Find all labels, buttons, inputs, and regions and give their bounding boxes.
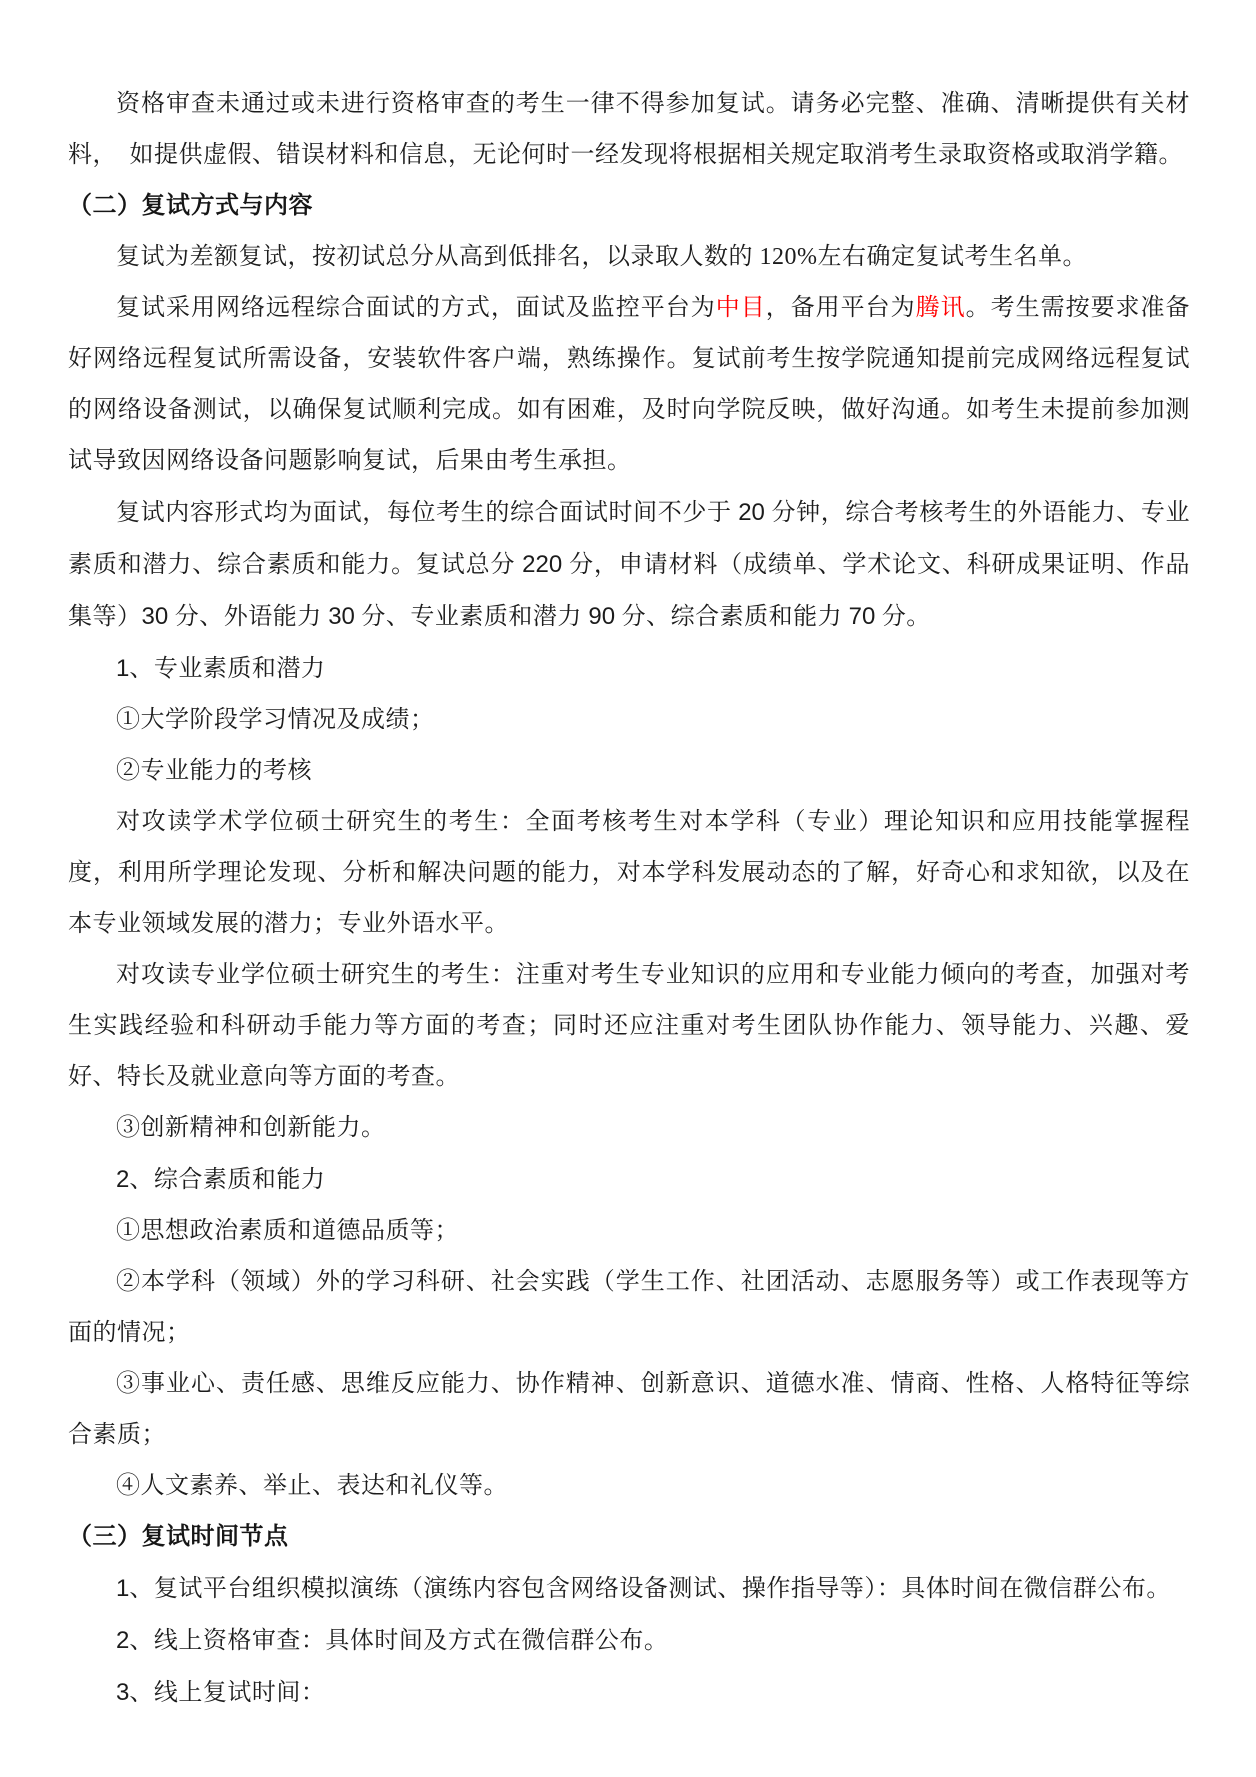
text-run: ④人文素养、举止、表达和礼仪等。 [116, 1473, 508, 1499]
text-run: （三）复试时间节点 [68, 1524, 289, 1550]
text-run: ②专业能力的考核 [116, 758, 312, 784]
text-run: 对攻读学术学位硕士研究生的考生：全面考核考生对本学科（专业）理论知识和应用技能掌… [68, 809, 1190, 937]
list-item-mock-drill: 1、复试平台组织模拟演练（演练内容包含网络设备测试、操作指导等）：具体时间在微信… [68, 1563, 1190, 1615]
text-run: 。考生需按要求准备好网络远程复试所需设备，安装软件客户端，熟练操作。复试前考生按… [68, 295, 1190, 474]
list-item-university-study: ①大学阶段学习情况及成绩； [68, 695, 1190, 746]
item-number: 2 [116, 1166, 129, 1193]
para-professional-degree-candidates: 对攻读专业学位硕士研究生的考生：注重对考生专业知识的应用和专业能力倾向的考查，加… [68, 950, 1190, 1103]
text-run: ②本学科（领域）外的学习科研、社会实践（学生工作、社团活动、志愿服务等）或工作表… [68, 1269, 1190, 1346]
text-run: 、专业素质和潜力 [129, 656, 325, 682]
document-page: 资格审查未通过或未进行资格审查的考生一律不得参加复试。请务必完整、准确、清晰提供… [0, 0, 1256, 1777]
list-item-personality-traits: ③事业心、责任感、思维反应能力、协作精神、创新意识、道德水准、情商、性格、人格特… [68, 1359, 1190, 1461]
text-run: 复试内容形式均为面试，每位考生的综合面试时间不少于 [116, 500, 738, 526]
para-differential-retest: 复试为差额复试，按初试总分从高到低排名，以录取人数的 120%左右确定复试考生名… [68, 232, 1190, 283]
para-interview-scores: 复试内容形式均为面试，每位考生的综合面试时间不少于 20 分钟，综合考核考生的外… [68, 487, 1190, 643]
text-run: 、复试平台组织模拟演练（演练内容包含网络设备测试、操作指导等）：具体时间在微信群… [129, 1576, 1171, 1602]
list-item-professional-ability: ②专业能力的考核 [68, 746, 1190, 797]
text-run: ③事业心、责任感、思维反应能力、协作精神、创新意识、道德水准、情商、性格、人格特… [68, 1371, 1190, 1448]
text-run: 分、专业素质和潜力 [355, 604, 589, 630]
para-remote-platform: 复试采用网络远程综合面试的方式，面试及监控平台为中目，备用平台为腾讯。考生需按要… [68, 283, 1190, 487]
score-professional: 90 [588, 603, 615, 630]
list-item-outside-discipline: ②本学科（领域）外的学习科研、社会实践（学生工作、社团活动、志愿服务等）或工作表… [68, 1257, 1190, 1359]
list-item-online-qualification-check: 2、线上资格审查：具体时间及方式在微信群公布。 [68, 1615, 1190, 1667]
text-run: ①大学阶段学习情况及成绩； [116, 707, 435, 733]
para-academic-degree-candidates: 对攻读学术学位硕士研究生的考生：全面考核考生对本学科（专业）理论知识和应用技能掌… [68, 797, 1190, 950]
item-number: 1 [116, 655, 129, 682]
list-item-1-professional-quality: 1、专业素质和潜力 [68, 643, 1190, 695]
list-item-humanities-manners: ④人文素养、举止、表达和礼仪等。 [68, 1461, 1190, 1512]
text-run: 分、外语能力 [168, 604, 328, 630]
text-run: （二）复试方式与内容 [68, 193, 313, 219]
para-qualification-review: 资格审查未通过或未进行资格审查的考生一律不得参加复试。请务必完整、准确、清晰提供… [68, 79, 1190, 181]
text-run: 资格审查未通过或未进行资格审查的考生一律不得参加复试。请务必完整、准确、清晰提供… [68, 91, 1190, 168]
text-run: ，备用平台为 [766, 295, 916, 321]
score-minutes: 20 [738, 499, 765, 526]
item-number: 2 [116, 1627, 129, 1654]
item-number: 1 [116, 1575, 129, 1602]
list-item-political-moral: ①思想政治素质和道德品质等； [68, 1206, 1190, 1257]
score-total: 220 [522, 551, 562, 578]
list-item-innovation-spirit: ③创新精神和创新能力。 [68, 1103, 1190, 1154]
text-run: 复试为差额复试，按初试总分从高到低排名，以录取人数的 120%左右确定复试考生名… [116, 244, 1087, 270]
text-run: 分、综合素质和能力 [615, 604, 849, 630]
list-item-2-comprehensive-quality: 2、综合素质和能力 [68, 1154, 1190, 1206]
list-item-online-retest-time: 3、线上复试时间： [68, 1667, 1190, 1719]
text-run: 复试采用网络远程综合面试的方式，面试及监控平台为 [116, 295, 716, 321]
text-run: ①思想政治素质和道德品质等； [116, 1218, 459, 1244]
text-run: 、线上资格审查：具体时间及方式在微信群公布。 [129, 1628, 668, 1654]
section-heading-retest-schedule: （三）复试时间节点 [68, 1512, 1190, 1563]
platform-primary-red-text: 中目 [716, 295, 766, 321]
text-run: 、线上复试时间： [129, 1680, 325, 1706]
score-materials: 30 [142, 603, 169, 630]
score-foreign-language: 30 [328, 603, 355, 630]
platform-backup-red-text: 腾讯 [916, 295, 966, 321]
text-run: ③创新精神和创新能力。 [116, 1115, 386, 1141]
text-run: 对攻读专业学位硕士研究生的考生：注重对考生专业知识的应用和专业能力倾向的考查，加… [68, 962, 1190, 1090]
item-number: 3 [116, 1679, 129, 1706]
section-heading-retest-method: （二）复试方式与内容 [68, 181, 1190, 232]
text-run: 、综合素质和能力 [129, 1167, 325, 1193]
text-run: 分。 [875, 604, 931, 630]
score-comprehensive: 70 [849, 603, 876, 630]
